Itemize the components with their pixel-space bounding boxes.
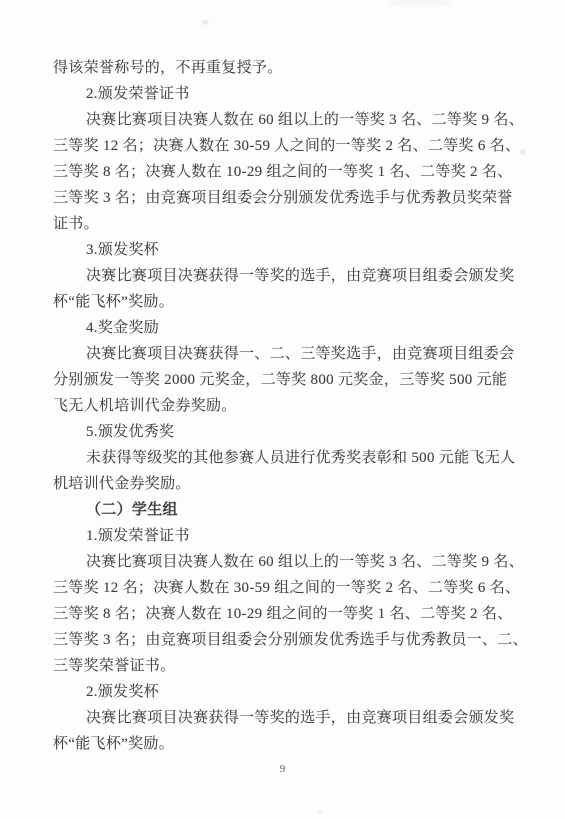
list-heading: 3.颁发奖杯 — [53, 237, 515, 263]
text-line: 三等奖 12 名；决赛人数在 30-59 组之间的一等奖 2 名、二等奖 6 名… — [53, 575, 515, 601]
text-line: 决赛比赛项目决赛获得一、二、三等奖选手，由竞赛项目组委会 — [53, 341, 515, 367]
section-heading: （二）学生组 — [53, 497, 515, 523]
scan-artifact — [520, 150, 525, 154]
document-body: 得该荣誉称号的，不再重复授予。 2.颁发荣誉证书 决赛比赛项目决赛人数在 60 … — [53, 55, 515, 757]
list-heading: 2.颁发奖杯 — [53, 679, 515, 705]
scan-artifact — [318, 810, 322, 813]
text-line: 决赛比赛项目决赛获得一等奖的选手，由竞赛项目组委会颁发奖 — [53, 705, 515, 731]
list-heading: 5.颁发优秀奖 — [53, 419, 515, 445]
text-line: 三等奖 8 名；决赛人数在 10-29 组之间的一等奖 1 名、二等奖 2 名、 — [53, 601, 515, 627]
document-page: 得该荣誉称号的，不再重复授予。 2.颁发荣誉证书 决赛比赛项目决赛人数在 60 … — [0, 0, 565, 819]
text-line: 分别颁发一等奖 2000 元奖金，二等奖 800 元奖金，三等奖 500 元能 — [53, 367, 515, 393]
list-heading: 1.颁发荣誉证书 — [53, 523, 515, 549]
text-line: 三等奖 12 名；决赛人数在 30-59 人之间的一等奖 2 名、二等奖 6 名… — [53, 133, 515, 159]
text-line: 得该荣誉称号的，不再重复授予。 — [53, 55, 515, 81]
text-line: 杯“能飞杯”奖励。 — [53, 289, 515, 315]
list-heading: 4.奖金奖励 — [53, 315, 515, 341]
text-line: 决赛比赛项目决赛人数在 60 组以上的一等奖 3 名、二等奖 9 名、 — [53, 107, 515, 133]
text-line: 三等奖荣誉证书。 — [53, 653, 515, 679]
text-line: 三等奖 3 名；由竞赛项目组委会分别颁发优秀选手与优秀教员奖荣誉 — [53, 185, 515, 211]
text-line: 决赛比赛项目决赛人数在 60 组以上的一等奖 3 名、二等奖 9 名、 — [53, 549, 515, 575]
text-line: 机培训代金券奖励。 — [53, 471, 515, 497]
text-line: 飞无人机培训代金券奖励。 — [53, 393, 515, 419]
list-heading: 2.颁发荣誉证书 — [53, 81, 515, 107]
text-line: 决赛比赛项目决赛获得一等奖的选手，由竞赛项目组委会颁发奖 — [53, 263, 515, 289]
text-line: 未获得等级奖的其他参赛人员进行优秀奖表彰和 500 元能飞无人 — [53, 445, 515, 471]
text-line: 三等奖 8 名；决赛人数在 10-29 组之间的一等奖 1 名、二等奖 2 名、 — [53, 159, 515, 185]
text-line: 杯“能飞杯”奖励。 — [53, 731, 515, 757]
text-line: 三等奖 3 名；由竞赛项目组委会分别颁发优秀选手与优秀教员一、二、 — [53, 627, 515, 653]
scan-artifact — [203, 21, 208, 24]
text-line: 证书。 — [53, 211, 515, 237]
scan-artifact — [390, 0, 450, 5]
page-number: 9 — [0, 763, 565, 775]
